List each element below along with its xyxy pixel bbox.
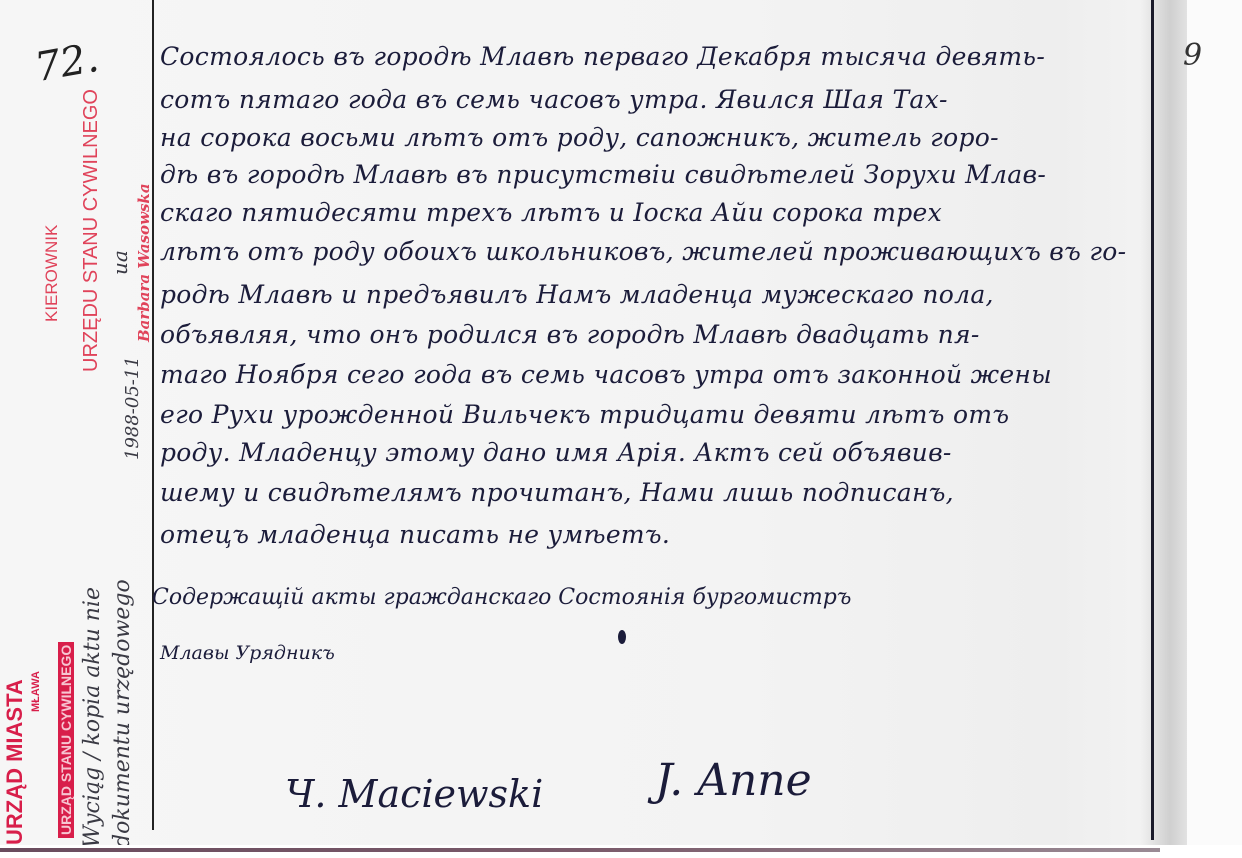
official-title-town: Млавы Урядникъ [160,642,335,664]
office-stamp-line3: URZĄD STANU CYWILNEGO [58,642,74,838]
page-right-margin [1187,0,1242,845]
head-stamp-line2: URZĘDU STANU CYWILNEGO [80,89,103,372]
office-stamp-line2: MŁAWA [30,671,42,712]
certification-initials: ua [108,250,132,275]
record-line: таго Ноября сего года въ семь часовъ утр… [160,360,1052,389]
record-line: на сорока восьми лѣтъ отъ роду, сапожник… [160,123,999,152]
record-line: родѣ Млавѣ и предъявилъ Намъ младенца му… [160,280,994,309]
record-line: шему и свидѣтелямъ прочитанъ, Нами лишь … [160,478,954,507]
record-line: сотъ пятаго года въ семь часовъ утра. Яв… [160,85,948,114]
scan-bottom-edge [0,848,1160,852]
official-title: Содержащій акты гражданскаго Состоянія б… [152,585,851,610]
signature-left: Ч. Maciewski [285,772,543,816]
record-line: отецъ младенца писать не умѣетъ. [160,520,670,549]
record-line: роду. Младенцу этому дано имя Арія. Актъ… [160,438,952,467]
certification-note-line2: dokumentu urzędowego [110,579,135,848]
ink-blot [618,630,626,644]
office-stamp-line1: URZĄD MIASTA [2,679,28,845]
record-line: лѣтъ отъ роду обоихъ школьниковъ, жителе… [160,237,1126,266]
folio-number: 9 [1183,38,1202,73]
head-stamp-line1: KIEROWNIK [42,225,62,322]
record-line: объявляя, что онъ родился въ городѣ Млав… [160,320,980,349]
record-line: дѣ въ городѣ Млавѣ въ присутствіи свидѣт… [160,160,1046,189]
signature-right: J. Anne [655,755,812,806]
left-margin-rule [152,0,154,830]
record-line: скаго пятидесяти трехъ лѣтъ и Іоска Айи … [160,198,942,227]
right-margin-rule [1151,0,1154,840]
record-line: его Рухи урожденной Вильчекъ тридцати де… [160,400,1009,429]
head-stamp-name: Barbara Wasowska [135,183,153,342]
certification-date: 1988-05-11 [122,356,143,460]
record-line: Состоялось въ городѣ Млавѣ перваго Декаб… [160,42,1045,71]
certification-note-line1: Wyciąg / kopia aktu nie [80,587,105,848]
